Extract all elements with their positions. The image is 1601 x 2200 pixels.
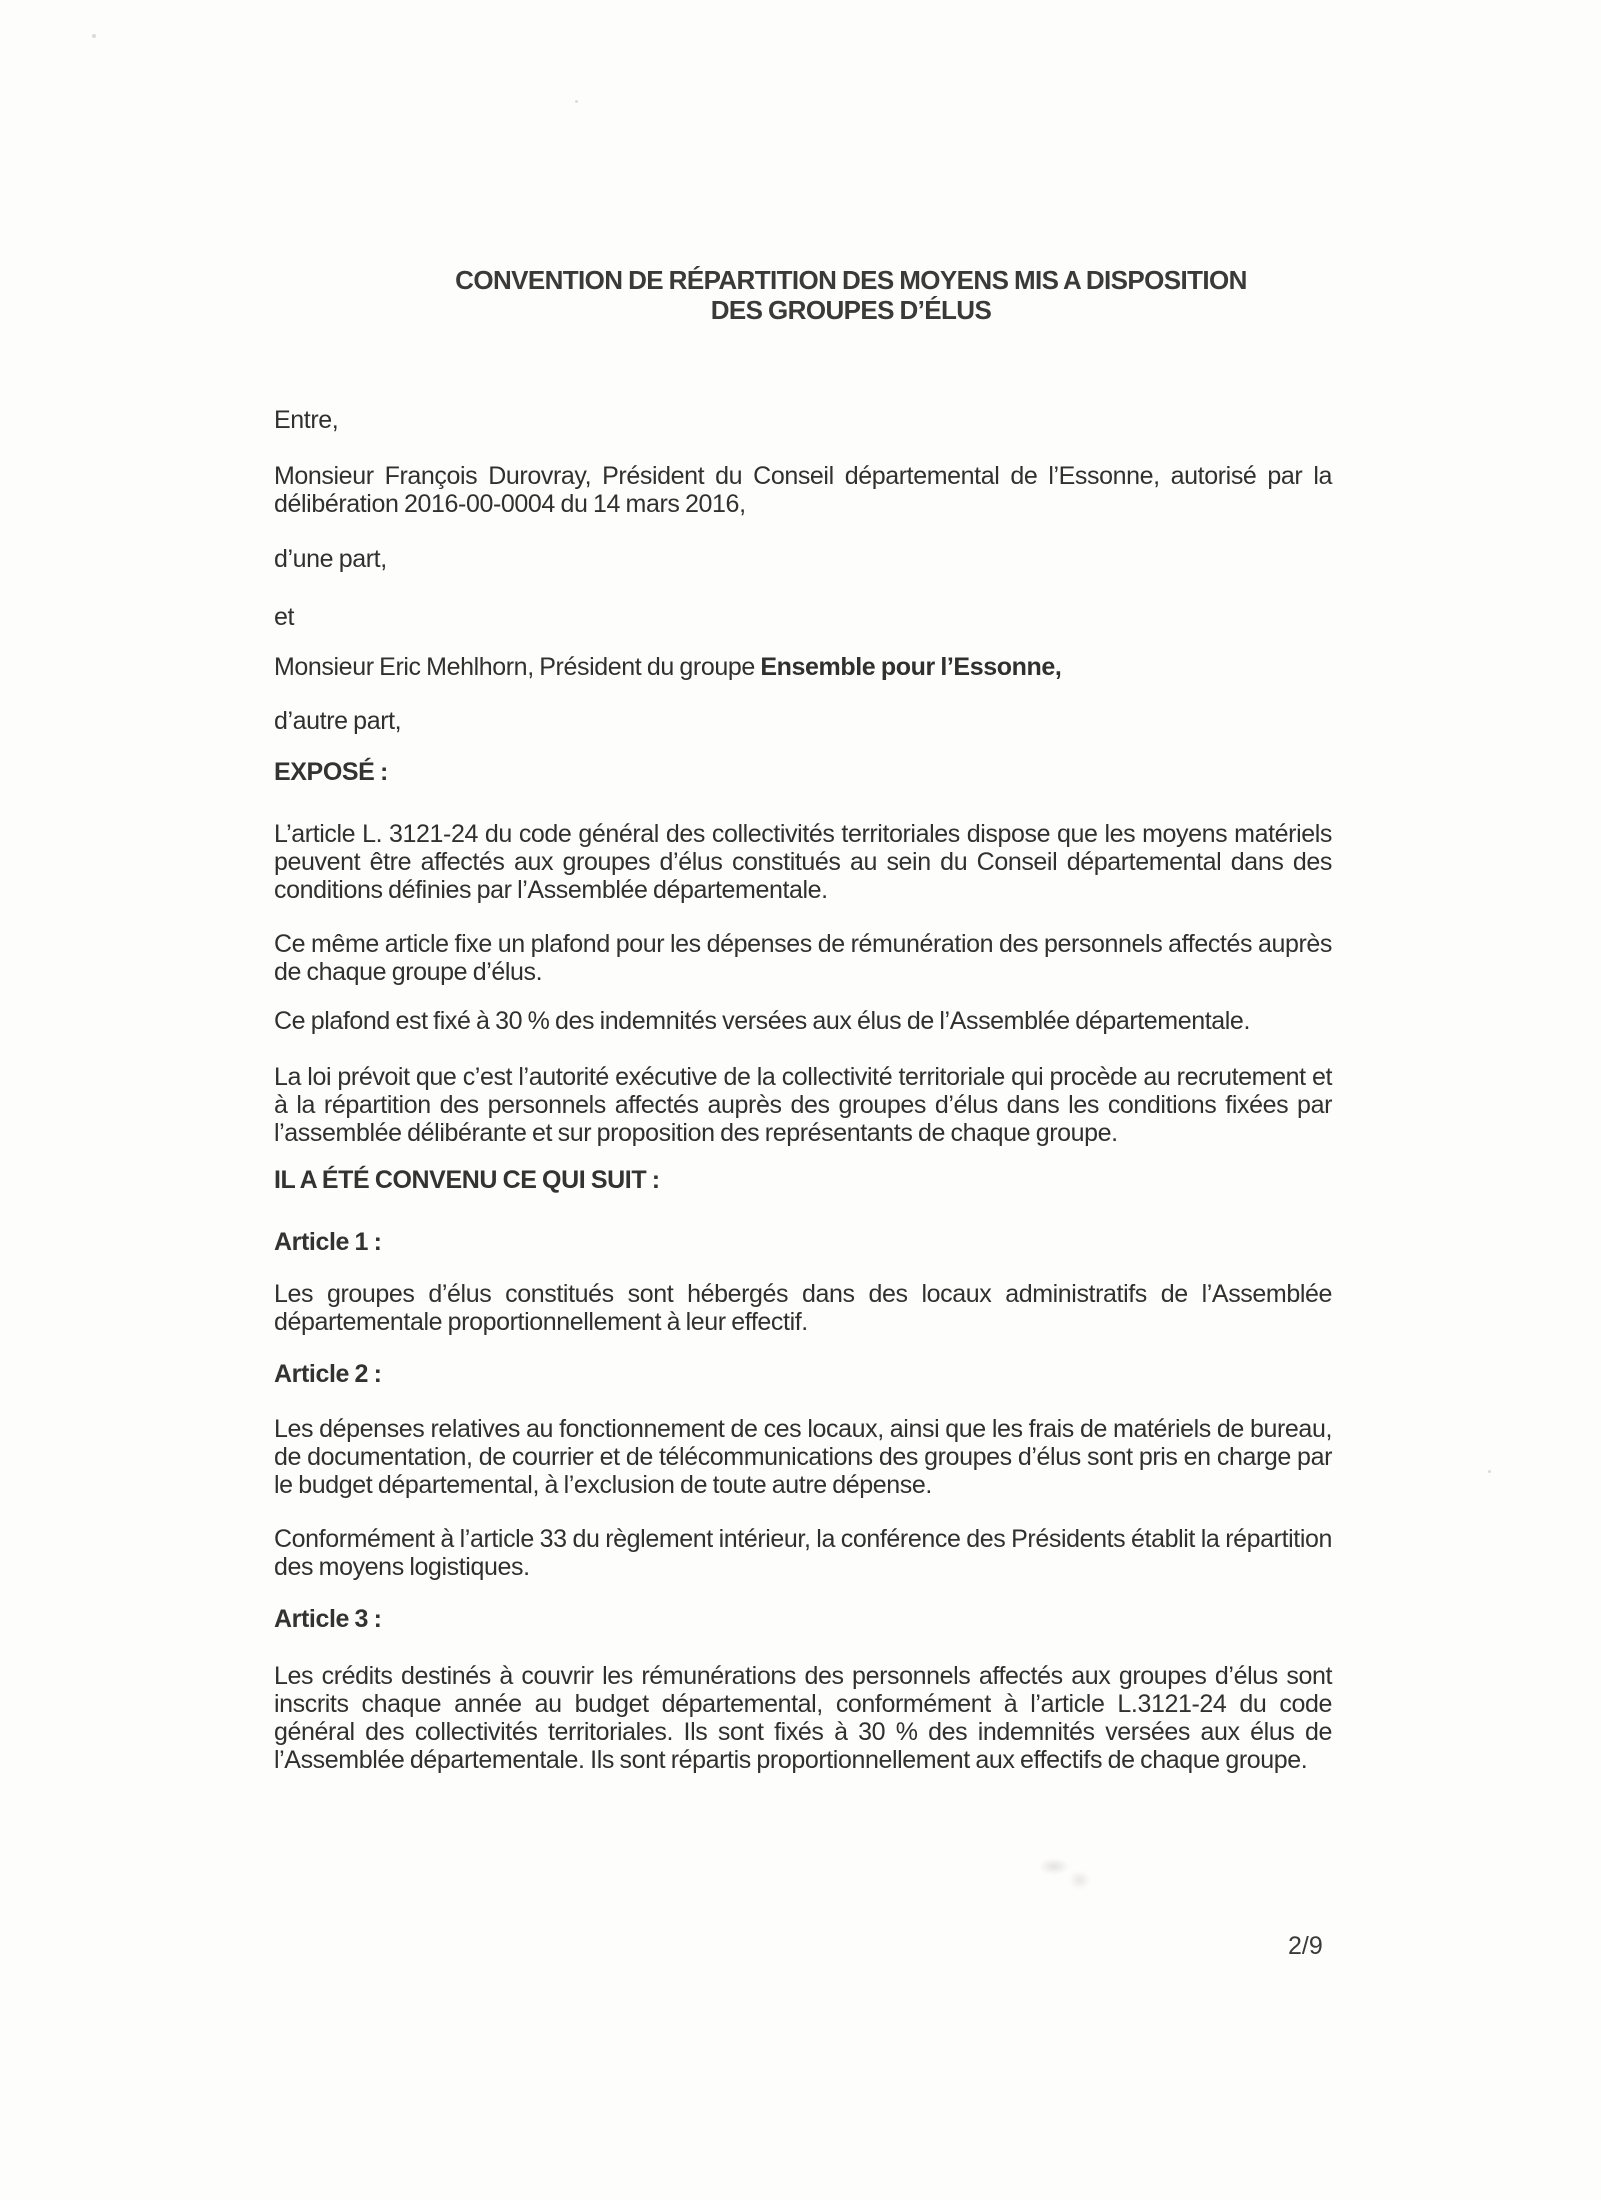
paragraph-une-part: d’une part, (274, 545, 1332, 573)
document-body: CONVENTION DE RÉPARTITION DES MOYENS MIS… (274, 265, 1332, 1774)
heading-article-2: Article 2 : (274, 1360, 1332, 1388)
document-title-line1: CONVENTION DE RÉPARTITION DES MOYENS MIS… (322, 265, 1380, 295)
paragraph-durovray: Monsieur François Durovray, Président du… (274, 462, 1332, 518)
paragraph-article-2b: Conformément à l’article 33 du règlement… (274, 1525, 1332, 1581)
paragraph-article-l3121: L’article L. 3121-24 du code général des… (274, 820, 1332, 904)
paragraph-article-2a: Les dépenses relatives au fonctionnement… (274, 1415, 1332, 1499)
paragraph-entre: Entre, (274, 406, 1332, 434)
paragraph-article-1: Les groupes d’élus constitués sont héber… (274, 1280, 1332, 1336)
scan-speck (92, 34, 96, 38)
paragraph-mehlhorn: Monsieur Eric Mehlhorn, Président du gro… (274, 653, 1332, 681)
group-name-bold: Ensemble pour l’Essonne, (760, 653, 1061, 681)
scan-speck (1488, 1470, 1491, 1473)
paragraph-loi: La loi prévoit que c’est l’autorité exéc… (274, 1063, 1332, 1147)
heading-article-3: Article 3 : (274, 1605, 1332, 1633)
page-number: 2/9 (1288, 1932, 1323, 1961)
paragraph-article-3: Les crédits destinés à couvrir les rémun… (274, 1662, 1332, 1774)
scanned-document-page: CONVENTION DE RÉPARTITION DES MOYENS MIS… (0, 0, 1601, 2200)
document-title: CONVENTION DE RÉPARTITION DES MOYENS MIS… (322, 265, 1380, 325)
paragraph-meme-article: Ce même article fixe un plafond pour les… (274, 930, 1332, 986)
scan-speck (575, 100, 578, 103)
paragraph-plafond: Ce plafond est fixé à 30 % des indemnité… (274, 1007, 1332, 1035)
heading-expose: EXPOSÉ : (274, 758, 1332, 786)
mehlhorn-text: Monsieur Eric Mehlhorn, Président du gro… (274, 653, 760, 681)
document-title-line2: DES GROUPES D’ÉLUS (322, 295, 1380, 325)
paragraph-et: et (274, 603, 1332, 631)
paragraph-autre-part: d’autre part, (274, 707, 1332, 735)
heading-convenu: IL A ÉTÉ CONVENU CE QUI SUIT : (274, 1166, 1332, 1194)
scan-smudge-mark (1030, 1848, 1110, 1894)
heading-article-1: Article 1 : (274, 1228, 1332, 1256)
